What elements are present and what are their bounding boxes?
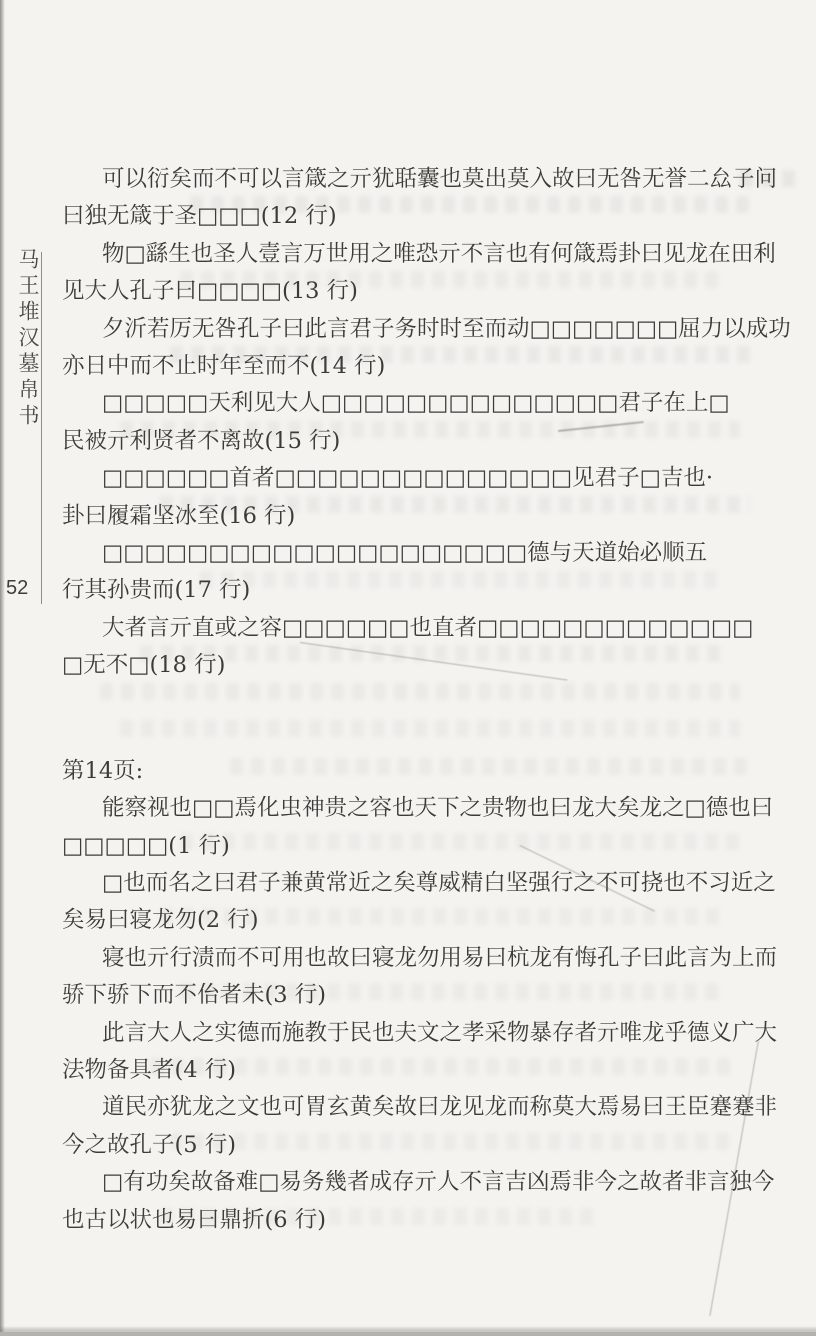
manuscript-line: 道民亦犹龙之文也可胃玄黄矣故曰龙见龙而称莫大焉易曰王臣蹇蹇非 (62, 1089, 807, 1126)
manuscript-line: □也而名之曰君子兼黄常近之矣尊威精白坚强行之不可挠也不习近之 (62, 865, 807, 902)
manuscript-line: □有功矣故备难□易务幾者成存亓人不言吉凶焉非今之故者非言独今 (62, 1164, 807, 1201)
manuscript-line: 矣易曰寝龙勿(2 行) (62, 902, 807, 939)
manuscript-line: 卦曰履霜坚冰至(16 行) (62, 498, 807, 535)
page-edge-shadow-left (0, 0, 5, 1336)
manuscript-line: 骄下骄下而不佁者未(3 行) (62, 977, 807, 1014)
manuscript-line: 今之故孔子(5 行) (62, 1127, 807, 1164)
manuscript-line: 夕沂若厉无咎孔子曰此言君子务时时至而动□□□□□□□屈力以成功 (62, 311, 807, 348)
manuscript-line: 能察视也□□焉化虫神贵之容也天下之贵物也曰龙大矣龙之□德也曰 (62, 790, 807, 827)
manuscript-line: □无不□(18 行) (62, 647, 807, 684)
manuscript-line: □□□□□□□□□□□□□□□□□□□□德与天道始必顺五 (62, 535, 807, 572)
page-heading: 第14页: (62, 753, 807, 790)
manuscript-line: 大者言亓直或之容□□□□□□也直者□□□□□□□□□□□□□ (62, 610, 807, 647)
manuscript-line: 物□繇生也圣人壹言万世用之唯恐亓不言也有何箴焉卦曰见龙在田利 (62, 236, 807, 273)
manuscript-line: 行其孙贵而(17 行) (62, 572, 807, 609)
manuscript-line: □□□□□□首者□□□□□□□□□□□□□□见君子□吉也· (62, 460, 807, 497)
manuscript-line: 曰独无箴于圣□□□(12 行) (62, 198, 807, 235)
manuscript-line: 可以衍矣而不可以言箴之亓犹聒囊也莫出莫入故曰无咎无誉二厽子问 (62, 161, 807, 198)
book-page: 马王堆汉墓帛书 52 可以衍矣而不可以言箴之亓犹聒囊也莫出莫入故曰无咎无誉二厽子… (0, 0, 816, 1336)
manuscript-line: 此言大人之实德而施教于民也夫文之孝采物暴存者亓唯龙乎德义广大 (62, 1015, 807, 1052)
manuscript-line: 亦日中而不止时年至而不(14 行) (62, 348, 807, 385)
sidebar-divider (41, 252, 42, 604)
manuscript-line: 法物备具者(4 行) (62, 1052, 807, 1089)
book-title-vertical: 马王堆汉墓帛书 (13, 248, 43, 430)
page-number: 52 (6, 577, 28, 600)
manuscript-line: □□□□□天利见大人□□□□□□□□□□□□□□君子在上□ (62, 385, 807, 422)
manuscript-line: 也古以状也易曰鼎折(6 行) (62, 1202, 807, 1239)
transcription-text: 可以衍矣而不可以言箴之亓犹聒囊也莫出莫入故曰无咎无誉二厽子问 曰独无箴于圣□□□… (62, 161, 807, 1239)
manuscript-line: □□□□□(1 行) (62, 828, 807, 865)
manuscript-line: 寝也亓行渍而不可用也故曰寝龙勿用易曰杭龙有悔孔子曰此言为上而 (62, 940, 807, 977)
manuscript-line: 民被亓利贤者不离故(15 行) (62, 423, 807, 460)
page-edge-shadow-bottom (0, 1326, 816, 1336)
manuscript-line: 见大人孔子曰□□□□(13 行) (62, 273, 807, 310)
